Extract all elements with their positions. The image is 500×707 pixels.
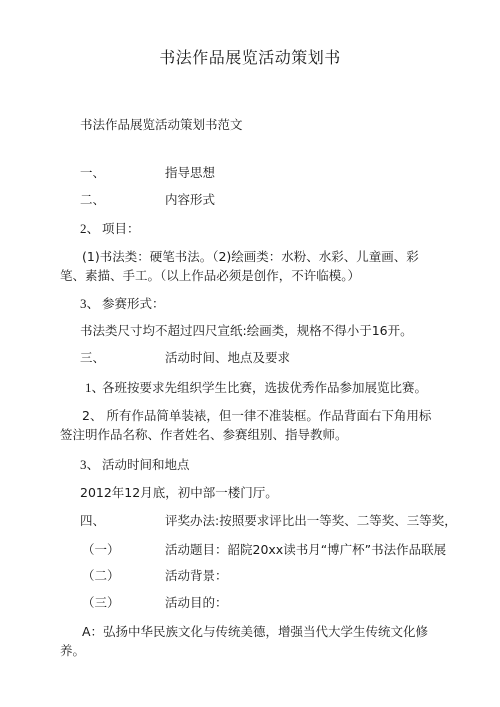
subsection-heading: 2、项目：	[80, 221, 140, 237]
document-subtitle: 书法作品展览活动策划书范文	[80, 117, 243, 133]
section-text: 内容形式	[165, 192, 215, 207]
section-heading: 四、评奖办法:按照要求评比出一等奖、二等奖、三等奖，	[80, 513, 457, 529]
paragraph: (1)书法类：硬笔书法。（2)绘画类：水粉、水彩、儿童画、彩笔、素描、手工。（以…	[60, 247, 440, 285]
paragraph: 书法类尺寸均不超过四尺宣纸:绘画类，规格不得小于16开。	[80, 323, 413, 339]
section-heading: 三、活动时间、地点及要求	[80, 350, 290, 366]
section-marker: 二、	[80, 192, 165, 208]
document-title: 书法作品展览活动策划书	[0, 45, 500, 68]
section-text: 活动背景：	[165, 568, 228, 583]
section-heading: 二、内容形式	[80, 192, 215, 208]
section-heading: （三）活动目的：	[82, 595, 228, 611]
section-marker: （一）	[82, 542, 165, 558]
section-text: 指导思想	[165, 165, 215, 180]
subsection-heading: 3、活动时间和地点	[80, 457, 190, 473]
section-heading: 一、指导思想	[80, 165, 215, 181]
paragraph: A：弘扬中华民族文化与传统美德，增强当代大学生传统文化修养。	[60, 622, 440, 660]
section-marker: 1、	[85, 380, 102, 396]
section-text: 活动时间和地点	[102, 457, 190, 472]
section-marker: 3、	[80, 457, 102, 473]
section-heading: （一）活动题目：韶院20xx读书月“博广杯”书法作品联展	[82, 542, 446, 558]
section-text: 活动题目：韶院20xx读书月“博广杯”书法作品联展	[165, 542, 446, 557]
section-marker: 3、	[80, 296, 102, 312]
section-marker: 2、	[80, 221, 102, 237]
section-text: 活动时间、地点及要求	[165, 350, 290, 365]
paragraph: 2012年12月底，初中部一楼门厅。	[80, 485, 278, 501]
subsection-heading: 3、参赛形式：	[80, 296, 165, 312]
section-marker: （三）	[82, 595, 165, 611]
section-text: 评奖办法:按照要求评比出一等奖、二等奖、三等奖，	[165, 513, 457, 528]
section-text: 参赛形式：	[102, 296, 165, 311]
section-marker: 三、	[80, 350, 165, 366]
section-marker: 四、	[80, 513, 165, 529]
section-heading: （二）活动背景：	[82, 568, 228, 584]
section-text: 项目：	[102, 221, 140, 236]
paragraph: 2、 所有作品简单装裱，但一律不准装框。作品背面右下角用标签注明作品名称、作者姓…	[60, 406, 440, 444]
document-page: 书法作品展览活动策划书 书法作品展览活动策划书范文 一、指导思想 二、内容形式 …	[0, 0, 500, 707]
list-item: 1、各班按要求先组织学生比赛，选拔优秀作品参加展览比赛。	[85, 380, 427, 396]
section-text: 各班按要求先组织学生比赛，选拔优秀作品参加展览比赛。	[102, 380, 427, 395]
section-marker: 一、	[80, 165, 165, 181]
section-marker: （二）	[82, 568, 165, 584]
section-text: 活动目的：	[165, 595, 228, 610]
